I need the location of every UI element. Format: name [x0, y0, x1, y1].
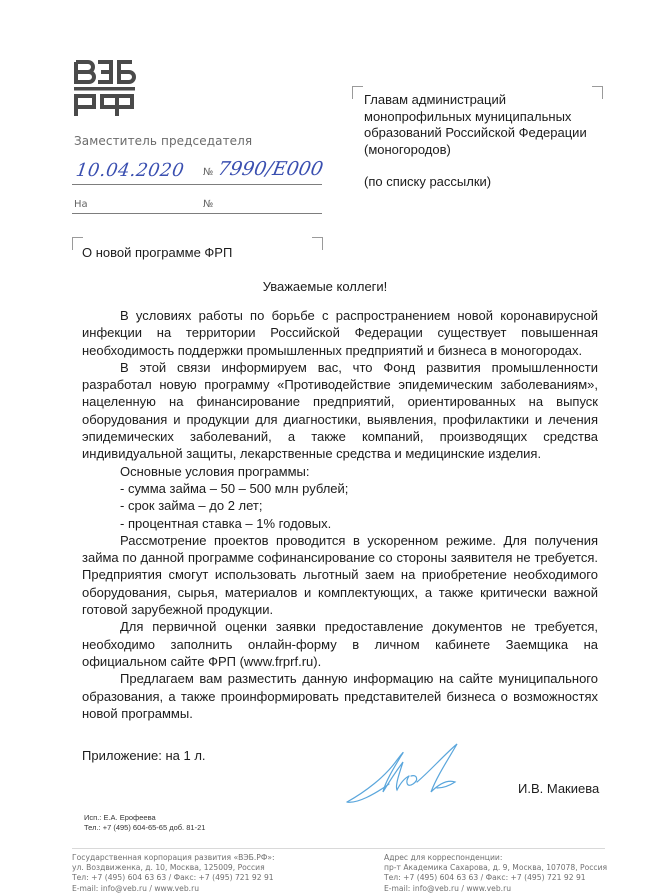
addressee-line: (моногородов) [364, 142, 614, 159]
executor-phone: Тел.: +7 (495) 604-65-65 доб. 81-21 [84, 823, 205, 833]
executor-name: Исп.: Е.А. Ерофеева [84, 813, 205, 823]
addressee-line: Главам администраций [364, 92, 614, 109]
condition-item: - срок займа – до 2 лет; [82, 497, 598, 514]
footer-line: E-mail: info@veb.ru / www.veb.ru [72, 884, 372, 894]
ref-rule [72, 213, 322, 214]
body-paragraph: Рассмотрение проектов проводится в ускор… [82, 532, 598, 618]
footer-line: ул. Воздвиженка, д. 10, Москва, 125009, … [72, 863, 372, 873]
footer-line: Тел: +7 (495) 604 63 63 / Факс: +7 (495)… [72, 873, 372, 883]
footer-legal-address: Государственная корпорация развития «ВЭБ… [72, 853, 372, 894]
veb-rf-logo [74, 58, 136, 118]
date-number-rule [72, 184, 322, 185]
ref-number-label: № [203, 199, 213, 210]
addressee-block: Главам администраций монопрофильных муни… [364, 92, 614, 191]
letter-body: В условиях работы по борьбе с распростра… [82, 307, 598, 722]
condition-item: - процентная ставка – 1% годовых. [82, 515, 598, 532]
addressee-line: монопрофильных муниципальных [364, 109, 614, 126]
number-label: № [203, 167, 213, 178]
signature-icon [345, 742, 495, 812]
addressee-note: (по списку рассылки) [364, 174, 614, 191]
ref-label: На [74, 199, 88, 210]
conditions-title: Основные условия программы: [82, 463, 598, 480]
greeting: Уважаемые коллеги! [0, 279, 650, 294]
attachment-note: Приложение: на 1 л. [82, 748, 206, 763]
footer-line: Государственная корпорация развития «ВЭБ… [72, 853, 372, 863]
subject-corner-right [312, 237, 323, 250]
footer-line: Адрес для корреспонденции: [384, 853, 649, 863]
footer-line: Тел: +7 (495) 604 63 63 / Факс: +7 (495)… [384, 873, 649, 883]
body-paragraph: Для первичной оценки заявки предоставлен… [82, 618, 598, 670]
signer-name: И.В. Макиева [518, 781, 599, 796]
footer-line: E-mail: info@veb.ru / www.veb.ru [384, 884, 649, 894]
handwritten-number: 7990/Е000 [216, 158, 325, 180]
handwritten-date: 10.04.2020 [75, 160, 186, 181]
addressee-line: образований Российской Федерации [364, 125, 614, 142]
condition-item: - сумма займа – 50 – 500 млн рублей; [82, 480, 598, 497]
sender-title: Заместитель председателя [74, 134, 252, 148]
footer-divider [72, 848, 605, 849]
footer-mailing-address: Адрес для корреспонденции: пр-т Академик… [384, 853, 649, 894]
executor-block: Исп.: Е.А. Ерофеева Тел.: +7 (495) 604-6… [84, 813, 205, 833]
body-paragraph: В этой связи информируем вас, что Фонд р… [82, 359, 598, 463]
footer-line: пр-т Академика Сахарова, д. 9, Москва, 1… [384, 863, 649, 873]
body-paragraph: Предлагаем вам разместить данную информа… [82, 670, 598, 722]
subject-line: О новой программе ФРП [82, 245, 232, 260]
body-paragraph: В условиях работы по борьбе с распростра… [82, 307, 598, 359]
addressee-corner-left [352, 86, 363, 99]
